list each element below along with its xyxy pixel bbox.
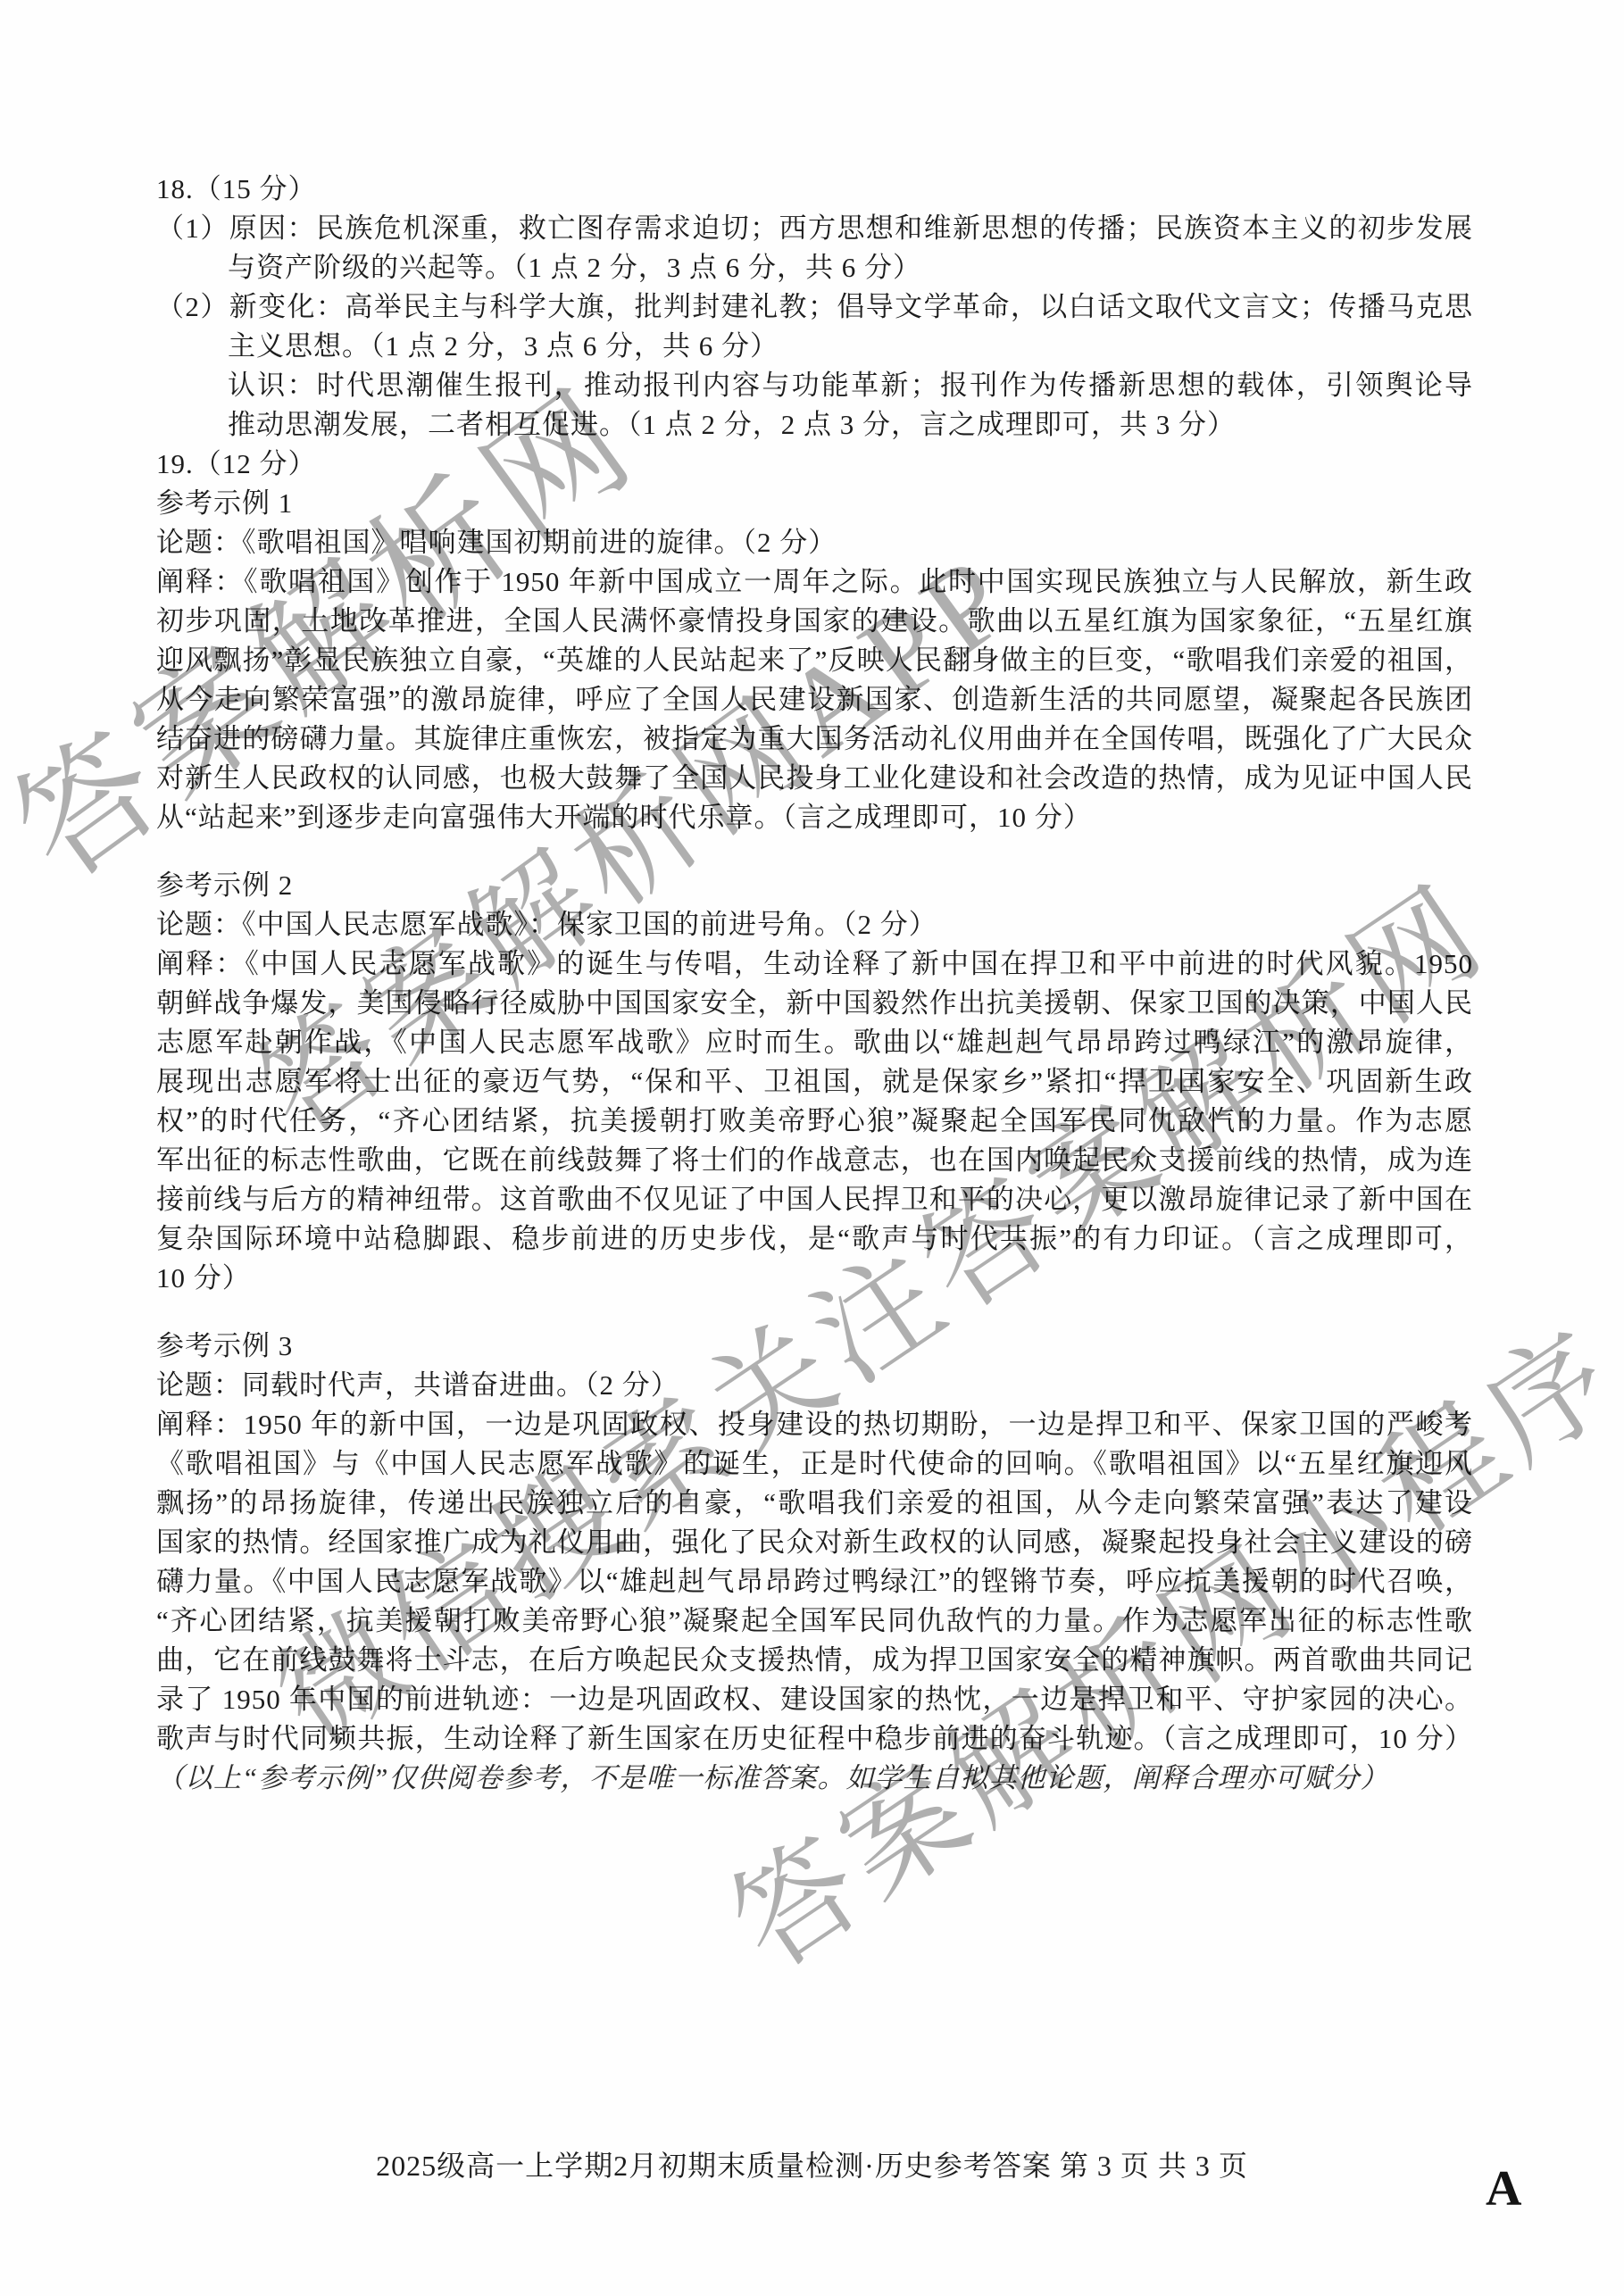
text-line: 与资产阶级的兴起等。（1 点 2 分，3 点 6 分，共 6 分） [156, 248, 1473, 287]
answer-sheet-page: 18.（15 分）（1）原因：民族危机深重，救亡图存需求迫切；西方思想和维新思想… [0, 0, 1624, 2296]
text-line: 从“站起来”到逐步走向富强伟大开端的时代乐章。（言之成理即可，10 分） [156, 798, 1473, 837]
text-line: 参考示例 2 [156, 866, 1473, 905]
text-line: 主义思想。（1 点 2 分，3 点 6 分，共 6 分） [156, 327, 1473, 366]
text-line: （2）新变化：高举民主与科学大旗，批判封建礼教；倡导文学革命，以白话文取代文言文… [156, 287, 1473, 327]
text-line: 志愿军赴朝作战，《中国人民志愿军战歌》应时而生。歌曲以“雄赳赳气昂昂跨过鸭绿江”… [156, 1023, 1473, 1062]
text-line: 初步巩固，土地改革推进，全国人民满怀豪情投身国家的建设。歌曲以五星红旗为国家象征… [156, 602, 1473, 641]
text-line: 曲，它在前线鼓舞将士斗志，在后方唤起民众支援热情，成为捍卫国家安全的精神旗帜。两… [156, 1641, 1473, 1680]
text-line: 参考示例 1 [156, 484, 1473, 523]
text-line: 论题：《中国人民志愿军战歌》：保家卫国的前进号角。（2 分） [156, 905, 1473, 944]
text-line: 接前线与后方的精神纽带。这首歌曲不仅见证了中国人民捍卫和平的决心，更以激昂旋律记… [156, 1180, 1473, 1219]
text-line: 对新生人民政权的认同感，也极大鼓舞了全国人民投身工业化建设和社会改造的热情，成为… [156, 759, 1473, 798]
text-line: 国家的热情。经国家推广成为礼仪用曲，强化了民众对新生政权的认同感，凝聚起投身社会… [156, 1523, 1473, 1562]
text-line: 推动思潮发展，二者相互促进。（1 点 2 分，2 点 3 分，言之成理即可，共 … [156, 405, 1473, 445]
page-letter-marker: A [1486, 2164, 1521, 2214]
text-line: 10 分） [156, 1259, 1473, 1298]
text-line: 《歌唱祖国》与《中国人民志愿军战歌》的诞生，正是时代使命的回响。《歌唱祖国》以“… [156, 1444, 1473, 1484]
text-line: 结奋进的磅礴力量。其旋律庄重恢宏，被指定为重大国务活动礼仪用曲并在全国传唱，既强… [156, 720, 1473, 759]
text-line: 飘扬”的昂扬旋律，传递出民族独立后的自豪，“歌唱我们亲爱的祖国，从今走向繁荣富强… [156, 1484, 1473, 1523]
text-line: 阐释：《中国人民志愿军战歌》的诞生与传唱，生动诠释了新中国在捍卫和平中前进的时代… [156, 944, 1473, 984]
text-line: 礴力量。《中国人民志愿军战歌》以“雄赳赳气昂昂跨过鸭绿江”的铿锵节奏，呼应抗美援… [156, 1562, 1473, 1601]
text-line: 阐释：1950 年的新中国，一边是巩固政权、投身建设的热切期盼，一边是捍卫和平、… [156, 1405, 1473, 1444]
text-line: 录了 1950 年中国的前进轨迹：一边是巩固政权、建设国家的热忱，一边是捍卫和平… [156, 1680, 1473, 1719]
text-line: “齐心团结紧，抗美援朝打败美帝野心狼”凝聚起全国军民同仇敌忾的力量。作为志愿军出… [156, 1601, 1473, 1641]
text-line: 歌声与时代同频共振，生动诠释了新生国家在历史征程中稳步前进的奋斗轨迹。（言之成理… [156, 1719, 1473, 1759]
text-line: 参考示例 3 [156, 1327, 1473, 1366]
text-line: 阐释：《歌唱祖国》创作于 1950 年新中国成立一周年之际。此时中国实现民族独立… [156, 562, 1473, 602]
text-line: 论题：同载时代声，共谱奋进曲。（2 分） [156, 1366, 1473, 1405]
text-line: （1）原因：民族危机深重，救亡图存需求迫切；西方思想和维新思想的传播；民族资本主… [156, 209, 1473, 248]
text-line: 论题：《歌唱祖国》唱响建国初期前进的旋律。（2 分） [156, 523, 1473, 562]
text-line: 19.（12 分） [156, 445, 1473, 484]
document-lines: 18.（15 分）（1）原因：民族危机深重，救亡图存需求迫切；西方思想和维新思想… [156, 170, 1473, 1798]
text-line: 复杂国际环境中站稳脚跟、稳步前进的历史步伐，是“歌声与时代共振”的有力印证。（言… [156, 1219, 1473, 1259]
text-line: 朝鲜战争爆发，美国侵略行径威胁中国国家安全，新中国毅然作出抗美援朝、保家卫国的决… [156, 984, 1473, 1023]
text-line: 权”的时代任务，“齐心团结紧，抗美援朝打败美帝野心狼”凝聚起全国军民同仇敌忾的力… [156, 1102, 1473, 1141]
text-line: 认识：时代思潮催生报刊，推动报刊内容与功能革新；报刊作为传播新思想的载体，引领舆… [156, 366, 1473, 405]
page-footer: 2025级高一上学期2月初期末质量检测·历史参考答案 第 3 页 共 3 页 [0, 2146, 1624, 2185]
text-line: 展现出志愿军将士出征的豪迈气势，“保和平、卫祖国，就是保家乡”紧扣“捍卫国家安全… [156, 1062, 1473, 1102]
text-line: 18.（15 分） [156, 170, 1473, 209]
text-line: 军出征的标志性歌曲，它既在前线鼓舞了将士们的作战意志，也在国内唤起民众支援前线的… [156, 1141, 1473, 1180]
text-line: 从今走向繁荣富强”的激昂旋律，呼应了全国人民建设新国家、创造新生活的共同愿望，凝… [156, 680, 1473, 720]
text-line: 迎风飘扬”彰显民族独立自豪，“英雄的人民站起来了”反映人民翻身做主的巨变，“歌唱… [156, 641, 1473, 680]
text-line: （以上“参考示例”仅供阅卷参考，不是唯一标准答案。如学生自拟其他论题，阐释合理亦… [156, 1759, 1473, 1798]
